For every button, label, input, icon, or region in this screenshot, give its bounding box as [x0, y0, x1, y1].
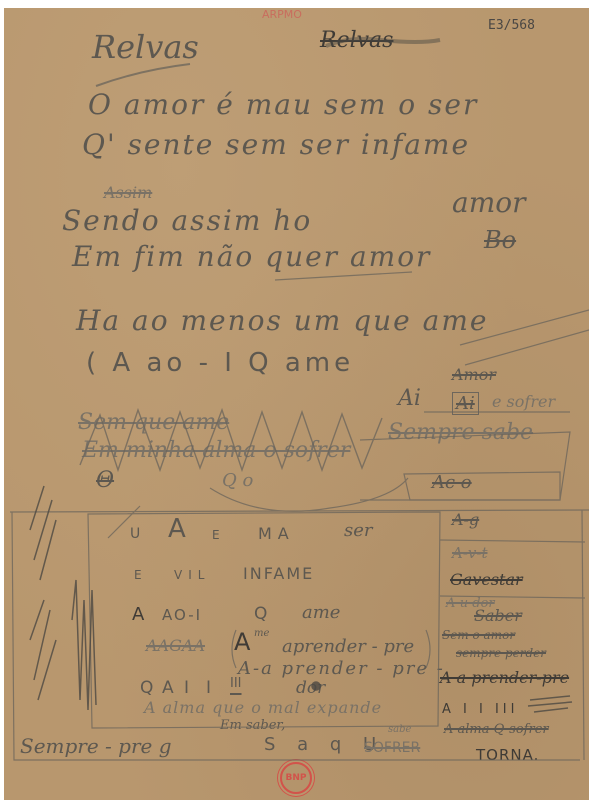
box-row5: A-a prender - pre -	[238, 658, 445, 679]
verse-line-4: Sendo assim ho	[62, 204, 312, 237]
box-row7: A alma que o mal expande	[144, 698, 382, 717]
box-row1-ser: ser	[344, 520, 373, 541]
box-row2-e: E	[134, 568, 148, 582]
verse-line-2: Q' sente sem ser infame	[82, 128, 470, 161]
verse-line-4-right: amor	[452, 186, 526, 219]
archive-stamp: ARPMO	[262, 8, 302, 21]
right-col-item-8: A a prender-pre	[440, 668, 569, 687]
verse-line-7: ( A ao - I Q ame	[86, 348, 354, 378]
verse-line-struck-above: Assim	[104, 183, 152, 202]
box-row6-a: A	[162, 678, 180, 698]
margin-ai: Ai	[398, 386, 421, 411]
box-row1-u: U	[130, 526, 146, 542]
right-col-item-10: A alma Q-sofrer	[444, 722, 549, 737]
bottom-left-text: Sempre - pre g	[20, 734, 172, 758]
box-row3-ao-i: AO-I	[162, 606, 202, 624]
crossed-struck-right: Sempre sabe	[388, 420, 533, 445]
box-row6-tail: dor	[296, 678, 325, 698]
box-row1-ma: MA	[258, 524, 295, 543]
box-row3-ame: ame	[302, 602, 340, 623]
right-col-item-1: A-g	[452, 510, 479, 529]
right-col-item-7: sempre perder	[456, 646, 546, 660]
box-row2-vil: VIL	[174, 568, 210, 582]
right-col-item-6: Sem o amor	[442, 628, 515, 642]
margin-struck-top: Amor	[452, 365, 496, 384]
crossed-bottom-left: Θ	[96, 468, 114, 493]
crossed-line-a: Sem que ame	[78, 410, 229, 435]
box-row6-q: Q	[140, 678, 159, 698]
verse-line-6: Ha ao menos um que ame	[76, 304, 488, 337]
box-row6-i2: I	[206, 678, 217, 698]
box-row6-iii: III	[230, 676, 242, 691]
bottom-above-struck: sabe	[388, 724, 411, 735]
box-row8: Em saber,	[220, 718, 285, 733]
bottom-struck-right: SOFRER	[364, 740, 420, 756]
box-row6-i1: I	[184, 678, 195, 698]
verse-line-5: Em fim não quer amor	[72, 240, 431, 273]
box-row4-sup: me	[254, 628, 269, 639]
right-col-item-2: A-v-t	[452, 544, 487, 562]
bnp-stamp: BNP	[280, 762, 312, 794]
crossed-line-b: Em minha alma o sofrer	[82, 438, 350, 463]
title-right-struck: Relvas	[320, 28, 393, 53]
crossed-box-right: Ac o	[432, 472, 472, 493]
box-row1-e: E	[212, 528, 226, 542]
reference-number: E3/568	[488, 18, 535, 33]
right-col-item-11: TORNA.	[476, 746, 539, 764]
box-row4-tail: aprender - pre	[282, 636, 414, 657]
right-col-item-9: A I I III	[442, 702, 518, 717]
verse-line-5-struck-tail: Bo	[484, 226, 516, 254]
box-row1-a: A	[168, 514, 192, 544]
box-row3-a: A	[132, 604, 150, 625]
margin-tail: e sofrer	[492, 392, 555, 411]
box-row3-q: Q	[254, 604, 273, 624]
right-col-item-5: Saber	[474, 606, 522, 625]
box-row2-infame: INFAME	[243, 564, 314, 583]
title-left: Relvas	[92, 28, 199, 66]
box-row4-struck: AAGAA	[146, 636, 205, 655]
right-col-item-3: Gavestar	[450, 570, 523, 589]
margin-boxed-struck: Ai	[452, 392, 479, 415]
crossed-bottom-mid: Q o	[222, 470, 253, 491]
verse-line-1: O amor é mau sem o ser	[88, 88, 478, 121]
